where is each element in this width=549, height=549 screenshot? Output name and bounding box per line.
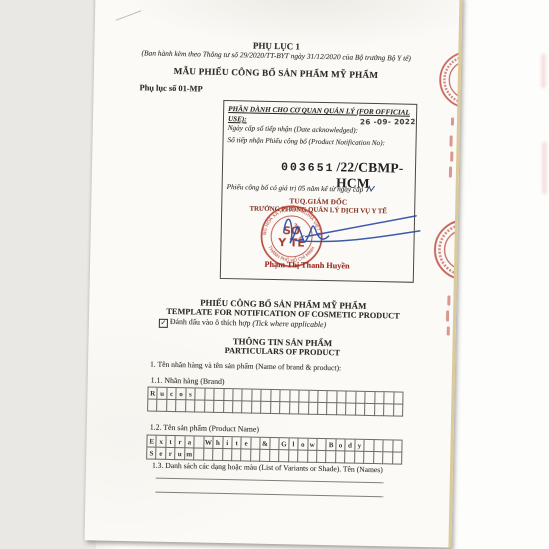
grid-cell bbox=[347, 391, 357, 403]
product-name-letter-grid: ExtraWhite&GlowBodySerum bbox=[146, 434, 402, 464]
stamp-ink-fragment bbox=[446, 310, 449, 321]
grid-cell bbox=[261, 402, 271, 414]
grid-cell bbox=[270, 438, 280, 450]
grid-cell: o bbox=[298, 439, 308, 451]
stamp-bleed-mark bbox=[542, 142, 547, 194]
grid-cell bbox=[375, 404, 385, 416]
grid-cell: i bbox=[223, 437, 233, 449]
grid-cell: u bbox=[158, 388, 168, 400]
grid-cell: o bbox=[336, 439, 346, 451]
variants-blank-line bbox=[155, 492, 383, 498]
grid-cell bbox=[205, 389, 215, 401]
grid-cell bbox=[384, 392, 394, 404]
grid-cell bbox=[280, 402, 290, 414]
grid-cell bbox=[224, 389, 234, 401]
grid-cell bbox=[336, 451, 346, 463]
grid-cell bbox=[317, 451, 327, 463]
grid-cell: a bbox=[185, 436, 195, 448]
grid-cell: m bbox=[185, 448, 195, 460]
grid-cell bbox=[337, 391, 347, 403]
grid-cell bbox=[374, 452, 384, 464]
grid-cell bbox=[205, 401, 215, 413]
grid-cell bbox=[345, 451, 355, 463]
grid-cell bbox=[328, 391, 338, 403]
grid-cell bbox=[252, 390, 262, 402]
grid-cell bbox=[204, 449, 214, 461]
stamp-ink-fragment bbox=[449, 136, 452, 147]
scanned-document-viewer: PHỤ LỤC 1 (Ban hành kèm theo Thông tư số… bbox=[0, 0, 549, 549]
grid-cell bbox=[365, 440, 375, 452]
grid-cell: w bbox=[308, 439, 318, 451]
grid-cell bbox=[196, 388, 206, 400]
edge-stamp-icon bbox=[432, 217, 463, 282]
stamp-ink-fragment bbox=[447, 295, 450, 305]
grid-cell: G bbox=[280, 438, 290, 450]
validity-note: Phiếu công bố có giá trị 05 năm kể từ ng… bbox=[227, 182, 376, 195]
grid-cell bbox=[309, 403, 319, 415]
grid-cell bbox=[213, 449, 223, 461]
grid-cell bbox=[393, 452, 403, 464]
grid-cell: r bbox=[166, 448, 176, 460]
grid-cell bbox=[318, 391, 328, 403]
grid-cell bbox=[290, 390, 300, 402]
grid-cell bbox=[279, 450, 289, 462]
grid-cell bbox=[243, 389, 253, 401]
grid-cell: x bbox=[157, 436, 167, 448]
grid-cell bbox=[262, 390, 272, 402]
grid-cell bbox=[365, 404, 375, 416]
date-stamp: 26 -09- 2022 bbox=[360, 118, 416, 127]
grid-cell bbox=[148, 400, 158, 412]
grid-cell bbox=[355, 452, 365, 464]
grid-cell bbox=[393, 440, 403, 452]
grid-cell bbox=[346, 403, 356, 415]
grid-cell bbox=[383, 452, 393, 464]
paper-crease bbox=[116, 10, 142, 21]
appendix-number: Phụ lục số 01-MP bbox=[139, 83, 202, 94]
grid-cell: l bbox=[289, 438, 299, 450]
grid-cell bbox=[214, 389, 224, 401]
stamp-ink-fragment bbox=[450, 152, 453, 162]
grid-cell bbox=[194, 448, 204, 460]
stamp-ink-fragment bbox=[447, 326, 450, 335]
checkbox-ticked-icon: ✓ bbox=[159, 319, 168, 328]
grid-cell: t bbox=[166, 436, 176, 448]
grid-cell bbox=[327, 403, 337, 415]
grid-cell bbox=[366, 392, 376, 404]
grid-cell bbox=[290, 402, 300, 414]
grid-cell bbox=[384, 404, 394, 416]
grid-cell bbox=[233, 401, 243, 413]
notification-number-stamped: 003651 bbox=[281, 161, 335, 175]
grid-cell bbox=[356, 392, 366, 404]
grid-cell bbox=[356, 404, 366, 416]
grid-cell bbox=[243, 401, 253, 413]
grid-cell bbox=[186, 400, 196, 412]
grid-cell bbox=[337, 403, 347, 415]
grid-cell bbox=[232, 449, 242, 461]
grid-cell bbox=[364, 452, 374, 464]
grid-cell bbox=[394, 392, 404, 404]
grid-cell bbox=[242, 449, 252, 461]
tick-instruction: ✓Đánh dấu vào ô thích hợp (Tick where ap… bbox=[159, 317, 326, 331]
stamp-ink-fragment bbox=[449, 167, 452, 178]
grid-cell: E bbox=[147, 436, 157, 448]
grid-cell: o bbox=[177, 388, 187, 400]
grid-cell: e bbox=[157, 448, 167, 460]
grid-cell bbox=[375, 392, 385, 404]
grid-cell: e bbox=[242, 437, 252, 449]
grid-cell bbox=[299, 391, 309, 403]
grid-cell: d bbox=[346, 439, 356, 451]
grid-cell bbox=[394, 404, 404, 416]
variants-blank-line bbox=[156, 478, 384, 484]
grid-cell: W bbox=[204, 437, 214, 449]
grid-cell: h bbox=[213, 437, 223, 449]
grid-cell: S bbox=[147, 448, 157, 460]
grid-cell bbox=[289, 450, 299, 462]
grid-cell bbox=[270, 450, 280, 462]
grid-cell bbox=[233, 389, 243, 401]
grid-cell bbox=[260, 450, 270, 462]
item-1-2-label: 1.2. Tên sản phẩm (Product Name) bbox=[150, 423, 259, 435]
grid-cell: y bbox=[355, 440, 365, 452]
brand-letter-grid: Rucos bbox=[147, 386, 403, 416]
grid-cell bbox=[374, 440, 384, 452]
grid-cell: B bbox=[327, 439, 337, 451]
grid-cell: c bbox=[167, 388, 177, 400]
edge-stamp-icon bbox=[437, 49, 462, 110]
notification-number-label: Số tiếp nhận Phiếu công bố (Product Noti… bbox=[227, 136, 385, 148]
grid-cell bbox=[299, 403, 309, 415]
grid-cell bbox=[224, 401, 234, 413]
grid-cell: r bbox=[176, 436, 186, 448]
grid-cell bbox=[223, 449, 233, 461]
date-acknowledged-label: Ngày cấp số tiếp nhận (Date acknowledged… bbox=[228, 124, 358, 135]
form-title: MẪU PHIẾU CÔNG BỐ SẢN PHẨM MỸ PHẨM bbox=[94, 64, 458, 82]
grid-cell bbox=[195, 400, 205, 412]
official-use-box: PHẦN DÀNH CHO CƠ QUAN QUẢN LÝ (FOR OFFIC… bbox=[220, 100, 418, 283]
tick-instruction-vn: Đánh dấu vào ô thích hợp bbox=[170, 317, 253, 328]
grid-cell bbox=[271, 390, 281, 402]
grid-cell bbox=[318, 403, 328, 415]
handwritten-check-icon bbox=[365, 185, 375, 193]
grid-cell bbox=[298, 451, 308, 463]
document-page: PHỤ LỤC 1 (Ban hành kèm theo Thông tư số… bbox=[84, 0, 462, 548]
grid-cell bbox=[309, 391, 319, 403]
grid-cell bbox=[158, 400, 168, 412]
tick-instruction-en: (Tick where applicable) bbox=[252, 319, 326, 329]
stamp-ink-fragment bbox=[451, 118, 454, 126]
grid-cell bbox=[281, 390, 291, 402]
grid-cell bbox=[167, 400, 177, 412]
grid-cell bbox=[271, 402, 281, 414]
grid-cell bbox=[252, 402, 262, 414]
grid-cell: u bbox=[175, 448, 185, 460]
grid-cell: t bbox=[232, 437, 242, 449]
grid-cell bbox=[195, 436, 205, 448]
grid-cell: R bbox=[148, 388, 158, 400]
stamp-bleed-mark bbox=[541, 54, 546, 88]
grid-cell bbox=[214, 401, 224, 413]
grid-cell bbox=[308, 451, 318, 463]
grid-cell bbox=[251, 438, 261, 450]
grid-cell bbox=[251, 450, 261, 462]
grid-cell bbox=[327, 451, 337, 463]
grid-cell bbox=[176, 400, 186, 412]
signer-name-stamp: Phạm Thị Thanh Huyền bbox=[221, 259, 393, 272]
signature-ink bbox=[249, 200, 428, 256]
validity-note-text: Phiếu công bố có giá trị 05 năm kể từ ng… bbox=[227, 183, 364, 194]
grid-cell bbox=[317, 439, 327, 451]
grid-cell: s bbox=[186, 388, 196, 400]
item-1-label: 1. Tên nhãn hàng và tên sản phẩm (Name o… bbox=[150, 360, 341, 373]
grid-cell: & bbox=[261, 438, 271, 450]
item-1-1-label: 1.1. Nhãn hàng (Brand) bbox=[151, 376, 225, 387]
grid-cell bbox=[383, 440, 393, 452]
